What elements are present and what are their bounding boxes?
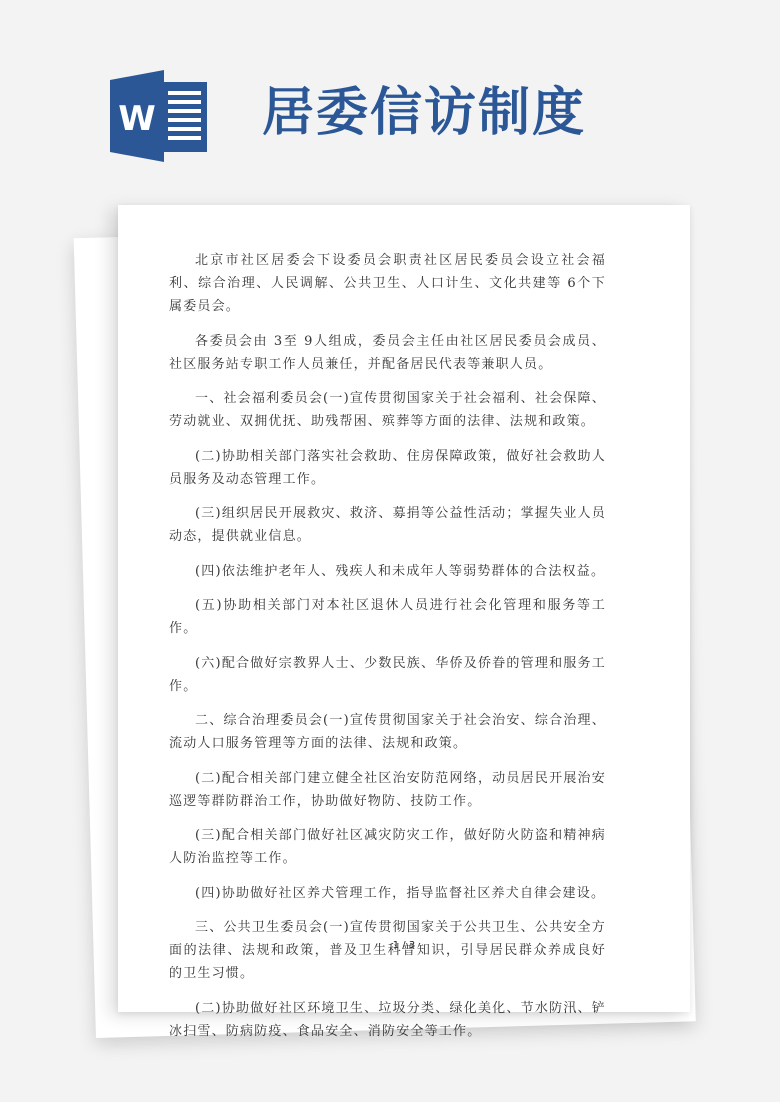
header: W 居委信访制度: [0, 0, 780, 200]
paragraph: 一、社会福利委员会(一)宣传贯彻国家关于社会福利、社会保障、劳动就业、双拥优抚、…: [169, 387, 606, 433]
paragraph: 二、综合治理委员会(一)宣传贯彻国家关于社会治安、综合治理、流动人口服务管理等方…: [169, 709, 606, 755]
document-page: 北京市社区居委会下设委员会职责社区居民委员会设立社会福利、综合治理、人民调解、公…: [118, 205, 690, 1012]
document-title: 居委信访制度: [262, 78, 586, 148]
document-content: 北京市社区居委会下设委员会职责社区居民委员会设立社会福利、综合治理、人民调解、公…: [169, 249, 606, 1054]
page-number: 1 / 3: [118, 940, 690, 951]
paragraph: (二)协助做好社区环境卫生、垃圾分类、绿化美化、节水防汛、铲冰扫雪、防病防疫、食…: [169, 997, 606, 1043]
svg-text:W: W: [118, 99, 156, 139]
paragraph: (四)依法维护老年人、残疾人和未成年人等弱势群体的合法权益。: [169, 560, 606, 583]
paragraph: (二)协助相关部门落实社会救助、住房保障政策，做好社会救助人员服务及动态管理工作…: [169, 445, 606, 491]
paragraph: (三)组织居民开展救灾、救济、募捐等公益性活动；掌握失业人员动态，提供就业信息。: [169, 502, 606, 548]
paragraph: (六)配合做好宗教界人士、少数民族、华侨及侨眷的管理和服务工作。: [169, 652, 606, 698]
paragraph: (五)协助相关部门对本社区退休人员进行社会化管理和服务等工作。: [169, 594, 606, 640]
paragraph: (三)配合相关部门做好社区减灾防灾工作，做好防火防盗和精神病人防治监控等工作。: [169, 824, 606, 870]
paragraph: 北京市社区居委会下设委员会职责社区居民委员会设立社会福利、综合治理、人民调解、公…: [169, 249, 606, 318]
word-icon: W: [108, 70, 208, 162]
paragraph: 各委员会由 3至 9人组成，委员会主任由社区居民委员会成员、社区服务站专职工作人…: [169, 330, 606, 376]
paragraph: (二)配合相关部门建立健全社区治安防范网络，动员居民开展治安巡逻等群防群治工作，…: [169, 767, 606, 813]
paragraph: (四)协助做好社区养犬管理工作，指导监督社区养犬自律会建设。: [169, 882, 606, 905]
